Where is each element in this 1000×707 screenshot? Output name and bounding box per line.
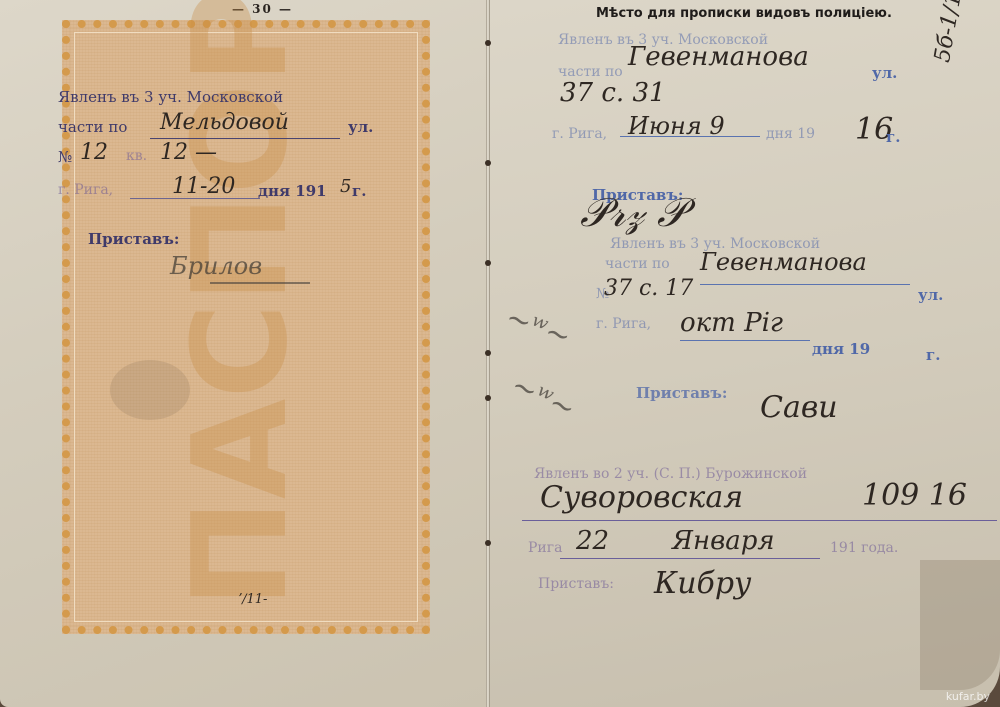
entry3-street-handwritten: Суворовская — [540, 480, 743, 515]
entry3-officer-signature: Кибру — [654, 566, 751, 601]
entry3-officer-label: Приставъ: — [538, 576, 614, 592]
passport-watermark: ПАСПОРТ — [180, 88, 300, 608]
entry3-day-handwritten: 22 — [576, 526, 609, 556]
entry2-year-suffix: г. — [926, 346, 940, 364]
underline — [522, 520, 997, 521]
entry3-house-handwritten: 109 16 — [862, 478, 967, 513]
number-label: № — [58, 148, 72, 166]
stitch-hole — [485, 350, 491, 356]
entry2-street-suffix: ул. — [918, 286, 943, 304]
right-page-heading: Мѣсто для прописки видовъ полицiею. — [596, 6, 892, 21]
entry1-year-suffix: г. — [886, 128, 900, 146]
entry1-house-handwritten: 37 c. 31 — [560, 78, 666, 108]
stitch-hole — [485, 260, 491, 266]
signature-underline — [210, 282, 310, 284]
registration-part-label: части по — [58, 118, 127, 136]
entry2-part-label: части по — [605, 256, 670, 272]
entry1-street-handwritten: Гевенманова — [628, 42, 809, 72]
worn-corner — [920, 560, 1000, 690]
entry2-officer-signature: Сави — [760, 390, 838, 425]
entry1-street-suffix: ул. — [872, 64, 897, 82]
apartment-label: кв. — [126, 148, 147, 164]
day-year-label: дня 191 — [258, 182, 327, 200]
underline — [560, 558, 820, 559]
officer-signature: Брилов — [170, 252, 262, 280]
underline — [680, 340, 810, 341]
entry1-day-year-label: дня 19 — [766, 126, 815, 142]
entry2-street-handwritten: Гевенманова — [700, 248, 867, 276]
stitch-hole — [485, 40, 491, 46]
paper-stain — [110, 360, 190, 420]
date-handwritten: 11-20 — [172, 174, 235, 199]
city-label: г. Рига, — [58, 182, 113, 198]
stitch-hole — [485, 395, 491, 401]
year-suffix: г. — [352, 182, 366, 200]
street-handwritten: Мельдовой — [160, 110, 289, 135]
entry3-month-handwritten: Января — [672, 526, 775, 556]
entry2-city-label: г. Рига, — [596, 316, 651, 332]
registration-line1: Явленъ въ 3 уч. Московской — [58, 88, 283, 106]
small-handwritten-mark: ʼ/11- — [238, 592, 267, 607]
entry2-officer-label: Приставъ: — [636, 384, 727, 402]
entry1-officer-signature: 𝒫𝓇𝓏 𝒫 — [580, 190, 686, 236]
entry2-date-handwritten: окт Рiг — [680, 308, 783, 338]
entry2-day-year-label: дня 19 — [812, 340, 870, 358]
stitch-hole — [485, 540, 491, 546]
officer-label: Приставъ: — [88, 230, 179, 248]
entry3-year-label: 191 года. — [830, 540, 898, 556]
stitch-hole — [485, 160, 491, 166]
entry3-city-label: Рига — [528, 540, 562, 556]
entry1-city-label: г. Рига, — [552, 126, 607, 142]
underline — [620, 136, 760, 137]
year-handwritten: 5 — [340, 176, 351, 197]
entry2-house-handwritten: 37 c. 17 — [604, 276, 693, 301]
apartment-number-handwritten: 12 — — [160, 140, 217, 165]
site-watermark: kufar.by — [946, 690, 990, 703]
underline — [700, 284, 910, 285]
street-suffix: ул. — [348, 118, 373, 136]
house-number-handwritten: 12 — [80, 140, 108, 165]
underline — [150, 138, 340, 139]
